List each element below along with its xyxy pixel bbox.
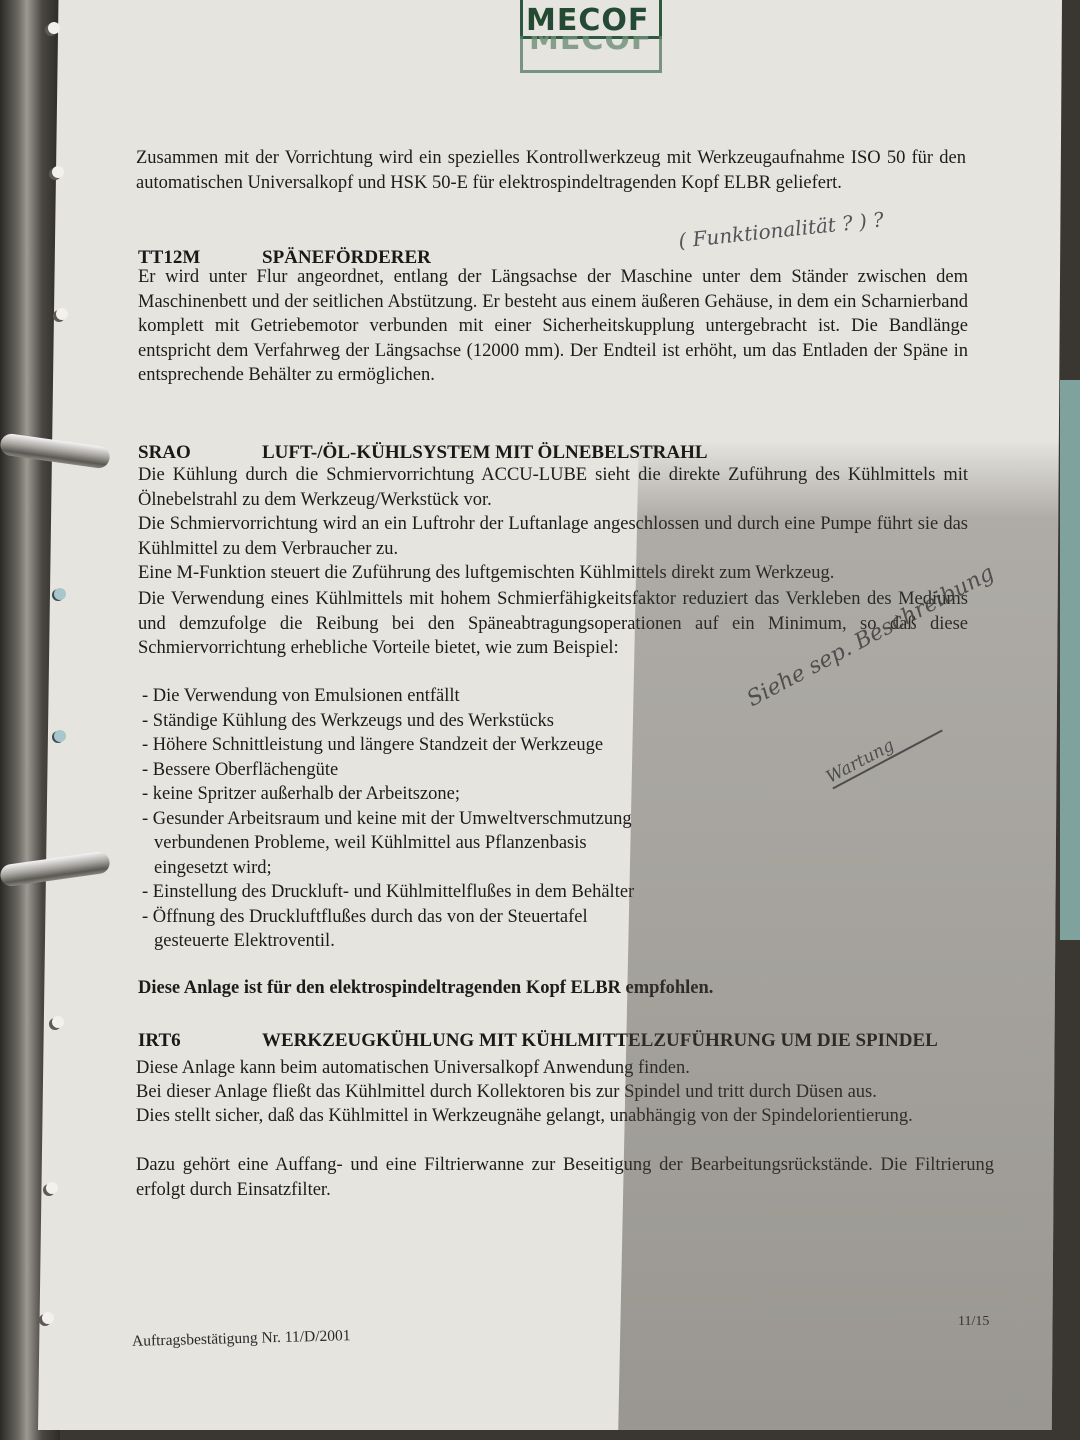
background-surface [1060, 380, 1080, 940]
punch-hole [46, 1182, 58, 1194]
list-item: - Gesunder Arbeitsraum und keine mit der… [142, 807, 634, 832]
punch-hole [48, 22, 60, 34]
intro-paragraph: Zusammen mit der Vorrichtung wird ein sp… [136, 146, 966, 195]
recommendation-note: Diese Anlage ist für den elektrospindelt… [138, 976, 713, 1001]
list-item: verbundenen Probleme, weil Kühlmittel au… [142, 831, 634, 856]
list-item: gesteuerte Elektroventil. [142, 929, 634, 954]
list-item: eingesetzt wird; [142, 856, 634, 881]
advantages-list: - Die Verwendung von Emulsionen entfällt… [142, 684, 634, 954]
company-logo: MECOF MECOF [514, 0, 660, 86]
handwritten-annotation: ( Funktionalität ? ) ? [677, 207, 885, 252]
list-item: - Einstellung des Druckluft- und Kühlmit… [142, 880, 634, 905]
list-item: - Bessere Oberflächengüte [142, 758, 634, 783]
list-item: - Öffnung des Druckluftflußes durch das … [142, 905, 634, 930]
list-item: - Die Verwendung von Emulsionen entfällt [142, 684, 634, 709]
list-item: - Höhere Schnittleistung und längere Sta… [142, 733, 634, 758]
photo-shadow [618, 440, 1062, 1430]
list-item: - keine Spritzer außerhalb der Arbeitszo… [142, 782, 634, 807]
punch-hole [56, 308, 68, 320]
section-text-tt12m: Er wird unter Flur angeordnet, entlang d… [138, 265, 968, 388]
list-item: - Ständige Kühlung des Werkzeugs und des… [142, 709, 634, 734]
punch-hole [54, 730, 66, 742]
punch-hole [52, 166, 64, 178]
document-page: MECOF MECOF Zusammen mit der Vorrichtung… [38, 0, 1062, 1430]
section-heading-srao: SRAOLUFT-/ÖL-KÜHLSYSTEM MIT ÖLNEBELSTRAH… [138, 442, 708, 464]
punch-hole [42, 1312, 54, 1324]
punch-hole [54, 588, 66, 600]
order-reference: Auftragsbestätigung Nr. 11/D/2001 [132, 1327, 351, 1351]
punch-hole [52, 1016, 64, 1028]
